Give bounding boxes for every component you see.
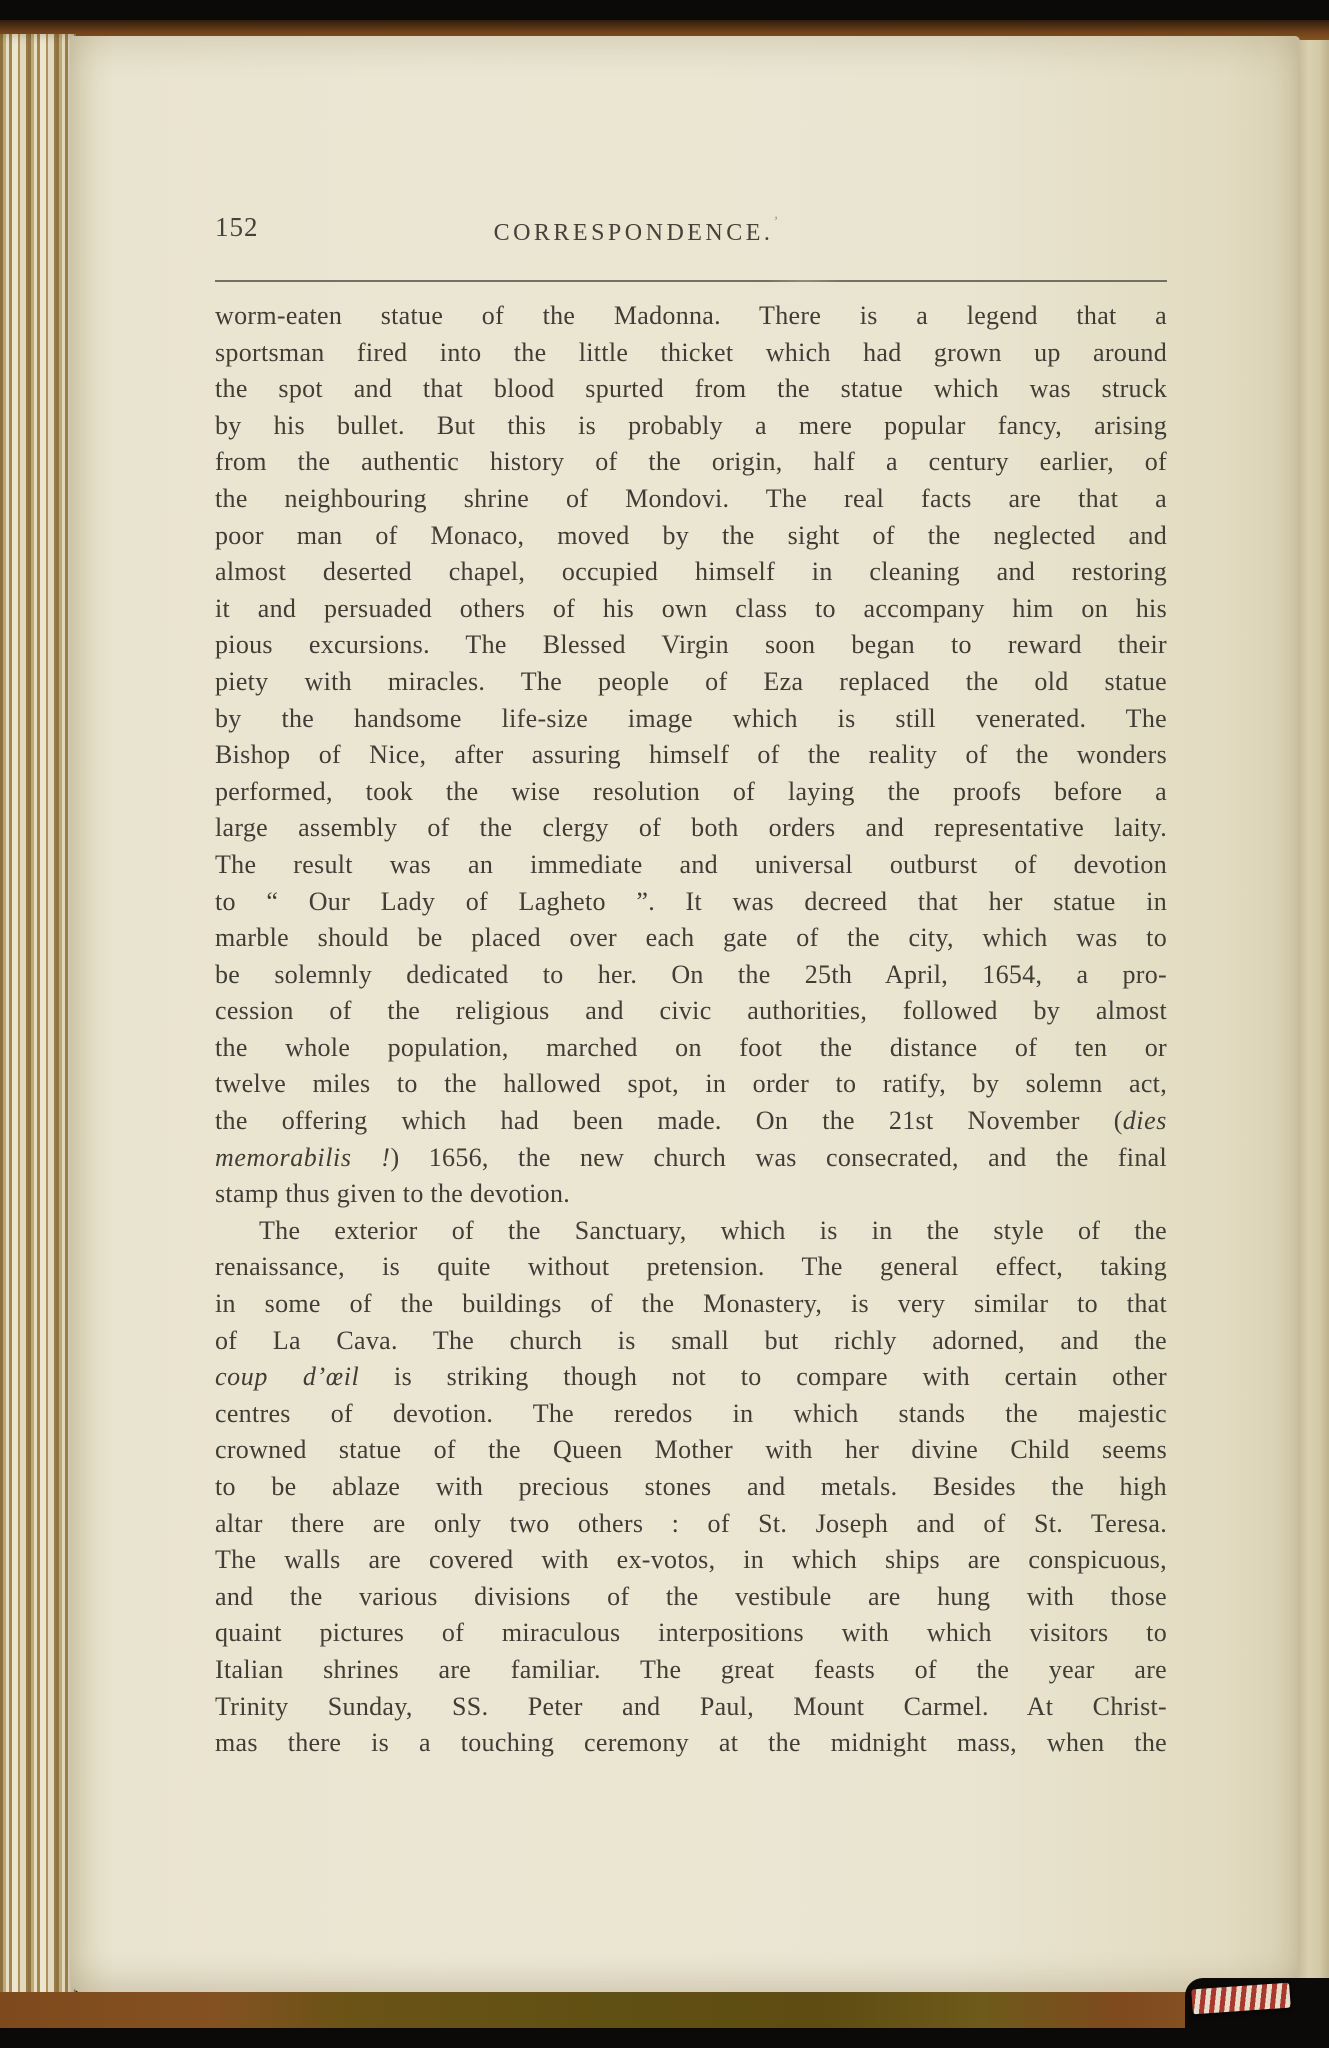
- text-line: large assembly of the clergy of both ord…: [215, 810, 1167, 847]
- text-line: be solemnly dedicated to her. On the 25t…: [215, 957, 1167, 994]
- text-line: The walls are covered with ex-votos, in …: [215, 1542, 1167, 1579]
- book-cover-bottom-edge: [0, 1992, 1329, 2028]
- ink-flaw-mark: ’: [773, 214, 778, 230]
- text-line: piety with miracles. The people of Eza r…: [215, 664, 1167, 701]
- book-page: 152 CORRESPONDENCE.’ worm-eaten statue o…: [70, 36, 1300, 1994]
- text-line: by his bullet. But this is probably a me…: [215, 408, 1167, 445]
- text-line: The exterior of the Sanctuary, which is …: [215, 1213, 1167, 1250]
- text-line: to “ Our Lady of Lagheto ”. It was decre…: [215, 884, 1167, 921]
- text-line: almost deserted chapel, occupied himself…: [215, 554, 1167, 591]
- text-line: quaint pictures of miraculous interposit…: [215, 1615, 1167, 1652]
- text-line: of La Cava. The church is small but rich…: [215, 1323, 1167, 1360]
- page-header: 152 CORRESPONDENCE.’: [215, 212, 1167, 246]
- text-line: and the various divisions of the vestibu…: [215, 1579, 1167, 1616]
- text-line: mas there is a touching ceremony at the …: [215, 1725, 1167, 1762]
- text-line: cession of the religious and civic autho…: [215, 993, 1167, 1030]
- text-line: centres of devotion. The reredos in whic…: [215, 1396, 1167, 1433]
- text-line: stamp thus given to the devotion.: [215, 1176, 1167, 1213]
- text-line: twelve miles to the hallowed spot, in or…: [215, 1066, 1167, 1103]
- text-line: performed, took the wise resolution of l…: [215, 774, 1167, 811]
- text-line: renaissance, is quite without pretension…: [215, 1249, 1167, 1286]
- text-line: by the handsome life-size image which is…: [215, 701, 1167, 738]
- running-header-title: CORRESPONDENCE.’: [215, 214, 1057, 247]
- text-line: to be ablaze with precious stones and me…: [215, 1469, 1167, 1506]
- text-line: Bishop of Nice, after assuring himself o…: [215, 737, 1167, 774]
- text-line: the whole population, marched on foot th…: [215, 1030, 1167, 1067]
- text-line: poor man of Monaco, moved by the sight o…: [215, 518, 1167, 555]
- text-line: the offering which had been made. On the…: [215, 1103, 1167, 1140]
- text-line: from the authentic history of the origin…: [215, 444, 1167, 481]
- text-line: crowned statue of the Queen Mother with …: [215, 1432, 1167, 1469]
- text-line: in some of the buildings of the Monaster…: [215, 1286, 1167, 1323]
- text-line: worm-eaten statue of the Madonna. There …: [215, 298, 1167, 335]
- text-line: coup d’œil is striking though not to com…: [215, 1359, 1167, 1396]
- text-line: sportsman fired into the little thicket …: [215, 335, 1167, 372]
- text-line: memorabilis !) 1656, the new church was …: [215, 1140, 1167, 1177]
- header-rule: [215, 280, 1167, 282]
- text-line: the neighbouring shrine of Mondovi. The …: [215, 481, 1167, 518]
- text-line: marble should be placed over each gate o…: [215, 920, 1167, 957]
- page-text-block: worm-eaten statue of the Madonna. There …: [215, 298, 1167, 1762]
- text-line: Trinity Sunday, SS. Peter and Paul, Moun…: [215, 1689, 1167, 1726]
- text-line: altar there are only two others : of St.…: [215, 1506, 1167, 1543]
- text-line: Italian shrines are familiar. The great …: [215, 1652, 1167, 1689]
- text-line: The result was an immediate and universa…: [215, 847, 1167, 884]
- text-line: it and persuaded others of his own class…: [215, 591, 1167, 628]
- page-stack-gilt-edges: [0, 34, 76, 2006]
- text-line: pious excursions. The Blessed Virgin soo…: [215, 627, 1167, 664]
- scanned-book-photo: 152 CORRESPONDENCE.’ worm-eaten statue o…: [0, 0, 1329, 2048]
- text-line: the spot and that blood spurted from the…: [215, 371, 1167, 408]
- fore-edge-pages: [1298, 40, 1329, 1984]
